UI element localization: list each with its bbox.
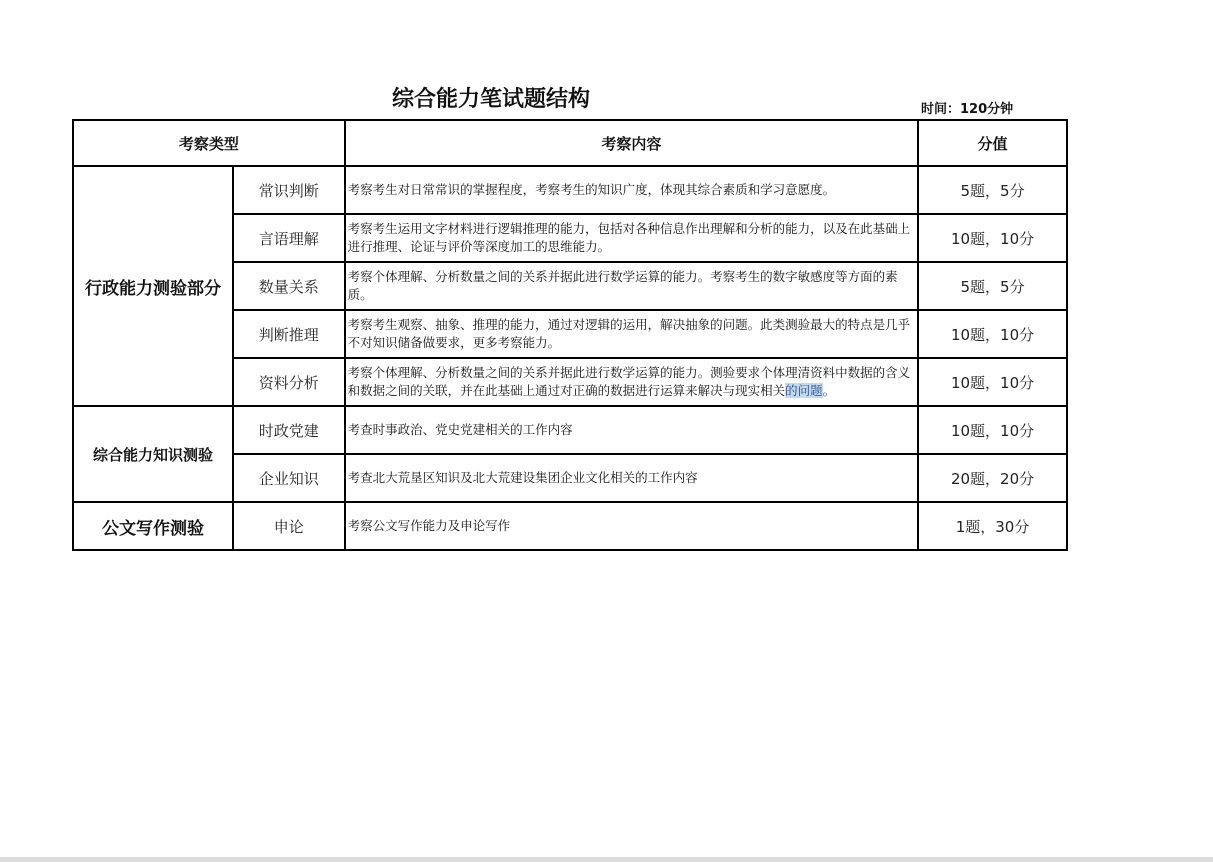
header-content[interactable]: 考察内容 — [345, 120, 918, 166]
subtype-cell[interactable]: 判断推理 — [233, 310, 345, 358]
table-row: 公文写作测验 申论 考察公文写作能力及申论写作 1题，30分 — [73, 502, 1067, 550]
content-cell[interactable]: 考察个体理解、分析数量之间的关系并据此进行数学运算的能力。测验要求个体理清资料中… — [345, 358, 918, 406]
subtype-cell[interactable]: 企业知识 — [233, 454, 345, 502]
horizontal-scrollbar[interactable] — [0, 857, 1213, 862]
content-cell[interactable]: 考察考生观察、抽象、推理的能力，通过对逻辑的运用，解决抽象的问题。此类测验最大的… — [345, 310, 918, 358]
score-cell[interactable]: 10题，10分 — [918, 310, 1067, 358]
subtype-cell[interactable]: 时政党建 — [233, 406, 345, 454]
exam-time-label: 时间：120分钟 — [921, 98, 1013, 117]
header-type[interactable]: 考察类型 — [73, 120, 345, 166]
score-cell[interactable]: 20题，20分 — [918, 454, 1067, 502]
subtype-cell[interactable]: 数量关系 — [233, 262, 345, 310]
subtype-cell[interactable]: 言语理解 — [233, 214, 345, 262]
score-cell[interactable]: 5题，5分 — [918, 262, 1067, 310]
table-header-row: 考察类型 考察内容 分值 — [73, 120, 1067, 166]
content-cell[interactable]: 考察考生对日常常识的掌握程度，考察考生的知识广度，体现其综合素质和学习意愿度。 — [345, 166, 918, 214]
exam-structure-table: 考察类型 考察内容 分值 行政能力测验部分 常识判断 考察考生对日常常识的掌握程… — [72, 119, 1068, 551]
content-cell[interactable]: 考查北大荒垦区知识及北大荒建设集团企业文化相关的工作内容 — [345, 454, 918, 502]
score-cell[interactable]: 10题，10分 — [918, 214, 1067, 262]
selected-text-highlight[interactable]: 的问题 — [785, 383, 823, 398]
table-row: 综合能力知识测验 时政党建 考查时事政治、党史党建相关的工作内容 10题，10分 — [73, 406, 1067, 454]
score-cell[interactable]: 1题，30分 — [918, 502, 1067, 550]
header-score[interactable]: 分值 — [918, 120, 1067, 166]
subtype-cell[interactable]: 资料分析 — [233, 358, 345, 406]
subtype-cell[interactable]: 申论 — [233, 502, 345, 550]
table-row: 行政能力测验部分 常识判断 考察考生对日常常识的掌握程度，考察考生的知识广度，体… — [73, 166, 1067, 214]
category-cell[interactable]: 公文写作测验 — [73, 502, 233, 550]
subtype-cell[interactable]: 常识判断 — [233, 166, 345, 214]
page-title: 综合能力笔试题结构 — [392, 82, 590, 113]
content-cell[interactable]: 考查时事政治、党史党建相关的工作内容 — [345, 406, 918, 454]
content-cell[interactable]: 考察个体理解、分析数量之间的关系并据此进行数学运算的能力。考察考生的数字敏感度等… — [345, 262, 918, 310]
score-cell[interactable]: 10题，10分 — [918, 358, 1067, 406]
content-text-tail: 。 — [823, 383, 836, 398]
content-cell[interactable]: 考察考生运用文字材料进行逻辑推理的能力，包括对各种信息作出理解和分析的能力，以及… — [345, 214, 918, 262]
category-cell[interactable]: 行政能力测验部分 — [73, 166, 233, 406]
score-cell[interactable]: 5题，5分 — [918, 166, 1067, 214]
score-cell[interactable]: 10题，10分 — [918, 406, 1067, 454]
content-cell[interactable]: 考察公文写作能力及申论写作 — [345, 502, 918, 550]
category-cell[interactable]: 综合能力知识测验 — [73, 406, 233, 502]
